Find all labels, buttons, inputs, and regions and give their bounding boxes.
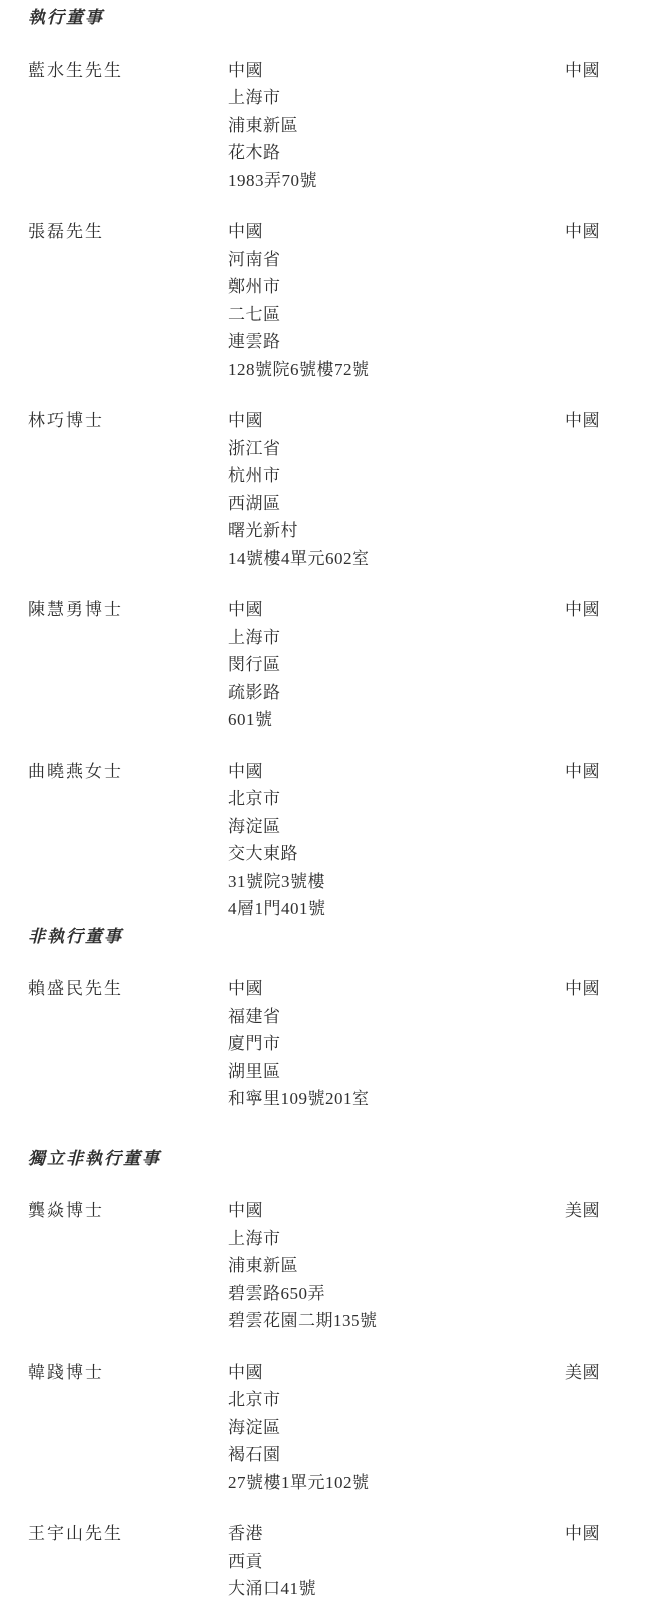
address-line: 中國 [228,218,565,246]
director-name: 賴盛民先生 [28,975,228,1003]
director-nationality: 美國 [565,1359,660,1387]
address-line: 疏影路 [228,679,565,707]
director-name: 王宇山先生 [28,1520,228,1548]
director-row: 賴盛民先生 中國福建省廈門市湖里區和寧里109號201室 中國 [28,975,660,1113]
address-line: 浦東新區 [228,112,565,140]
director-row: 韓踐博士 中國北京市海淀區褐石園27號樓1單元102號 美國 [28,1359,660,1497]
address-line: 廈門市 [228,1030,565,1058]
address-line: 杭州市 [228,462,565,490]
director-nationality: 美國 [565,1197,660,1225]
address-line: 中國 [228,407,565,435]
address-line: 31號院3號樓 [228,868,565,896]
address-line: 上海市 [228,624,565,652]
address-line: 北京市 [228,785,565,813]
section-entries: 藍水生先生 中國上海市浦東新區花木路1983弄70號 中國 張磊先生 中國河南省… [28,57,660,947]
address-line: 128號院6號樓72號 [228,356,565,384]
section-title: 獨立非執行董事 [28,1145,660,1173]
section-entries: 賴盛民先生 中國福建省廈門市湖里區和寧里109號201室 中國 [28,975,660,1137]
address-line: 浙江省 [228,435,565,463]
director-row: 陳慧勇博士 中國上海市閔行區疏影路601號 中國 [28,596,660,734]
director-section: 執行董事 藍水生先生 中國上海市浦東新區花木路1983弄70號 中國 張磊先生 … [28,4,660,947]
address-line: 香港 [228,1520,565,1548]
director-name: 林巧博士 [28,407,228,435]
address-line: 曙光新村 [228,517,565,545]
director-nationality: 中國 [565,758,660,786]
director-address: 中國北京市海淀區交大東路31號院3號樓4層1門401號 [228,758,565,923]
address-line: 鄭州市 [228,273,565,301]
address-line: 碧雲路650弄 [228,1280,565,1308]
director-row: 林巧博士 中國浙江省杭州市西湖區曙光新村14號樓4單元602室 中國 [28,407,660,572]
director-name: 曲曉燕女士 [28,758,228,786]
address-line: 中國 [228,758,565,786]
address-line: 北京市 [228,1386,565,1414]
address-line: 福建省 [228,1003,565,1031]
address-line: 大涌口41號 [228,1575,565,1603]
section-title: 執行董事 [28,4,660,32]
director-nationality: 中國 [565,596,660,624]
address-line: 上海市 [228,1225,565,1253]
address-line: 14號樓4單元602室 [228,545,565,573]
director-name: 張磊先生 [28,218,228,246]
director-row: 藍水生先生 中國上海市浦東新區花木路1983弄70號 中國 [28,57,660,195]
director-row: 張磊先生 中國河南省鄭州市二七區連雲路128號院6號樓72號 中國 [28,218,660,383]
section-title: 非執行董事 [28,923,660,951]
director-address: 中國上海市浦東新區花木路1983弄70號 [228,57,565,195]
director-section: 獨立非執行董事 龔焱博士 中國上海市浦東新區碧雲路650弄碧雲花園二期135號 … [28,1137,660,1603]
address-line: 湖里區 [228,1058,565,1086]
address-line: 上海市 [228,84,565,112]
address-line: 閔行區 [228,651,565,679]
director-address: 中國上海市浦東新區碧雲路650弄碧雲花園二期135號 [228,1197,565,1335]
address-line: 27號樓1單元102號 [228,1469,565,1497]
address-line: 西湖區 [228,490,565,518]
address-line: 中國 [228,1197,565,1225]
address-line: 浦東新區 [228,1252,565,1280]
director-address: 中國福建省廈門市湖里區和寧里109號201室 [228,975,565,1113]
address-line: 中國 [228,57,565,85]
director-name: 龔焱博士 [28,1197,228,1225]
address-line: 連雲路 [228,328,565,356]
director-nationality: 中國 [565,218,660,246]
address-line: 西貢 [228,1548,565,1576]
director-name: 藍水生先生 [28,57,228,85]
director-name: 陳慧勇博士 [28,596,228,624]
director-row: 王宇山先生 香港西貢大涌口41號 中國 [28,1520,660,1603]
director-address: 中國河南省鄭州市二七區連雲路128號院6號樓72號 [228,218,565,383]
address-line: 二七區 [228,301,565,329]
address-line: 海淀區 [228,1414,565,1442]
director-nationality: 中國 [565,407,660,435]
director-section: 非執行董事 賴盛民先生 中國福建省廈門市湖里區和寧里109號201室 中國 [28,947,660,1137]
section-entries: 龔焱博士 中國上海市浦東新區碧雲路650弄碧雲花園二期135號 美國 韓踐博士 … [28,1197,660,1603]
director-address: 香港西貢大涌口41號 [228,1520,565,1603]
address-line: 碧雲花園二期135號 [228,1307,565,1335]
address-line: 4層1門401號 [228,895,565,923]
address-line: 中國 [228,596,565,624]
address-line: 河南省 [228,246,565,274]
director-nationality: 中國 [565,57,660,85]
address-line: 中國 [228,1359,565,1387]
director-address: 中國北京市海淀區褐石園27號樓1單元102號 [228,1359,565,1497]
director-address: 中國浙江省杭州市西湖區曙光新村14號樓4單元602室 [228,407,565,572]
address-line: 1983弄70號 [228,167,565,195]
address-line: 和寧里109號201室 [228,1085,565,1113]
address-line: 中國 [228,975,565,1003]
director-row: 曲曉燕女士 中國北京市海淀區交大東路31號院3號樓4層1門401號 中國 [28,758,660,923]
address-line: 交大東路 [228,840,565,868]
director-name: 韓踐博士 [28,1359,228,1387]
directors-page: 執行董事 藍水生先生 中國上海市浦東新區花木路1983弄70號 中國 張磊先生 … [0,0,660,1603]
director-nationality: 中國 [565,1520,660,1548]
address-line: 601號 [228,706,565,734]
director-address: 中國上海市閔行區疏影路601號 [228,596,565,734]
address-line: 褐石園 [228,1441,565,1469]
director-nationality: 中國 [565,975,660,1003]
director-row: 龔焱博士 中國上海市浦東新區碧雲路650弄碧雲花園二期135號 美國 [28,1197,660,1335]
address-line: 花木路 [228,139,565,167]
address-line: 海淀區 [228,813,565,841]
